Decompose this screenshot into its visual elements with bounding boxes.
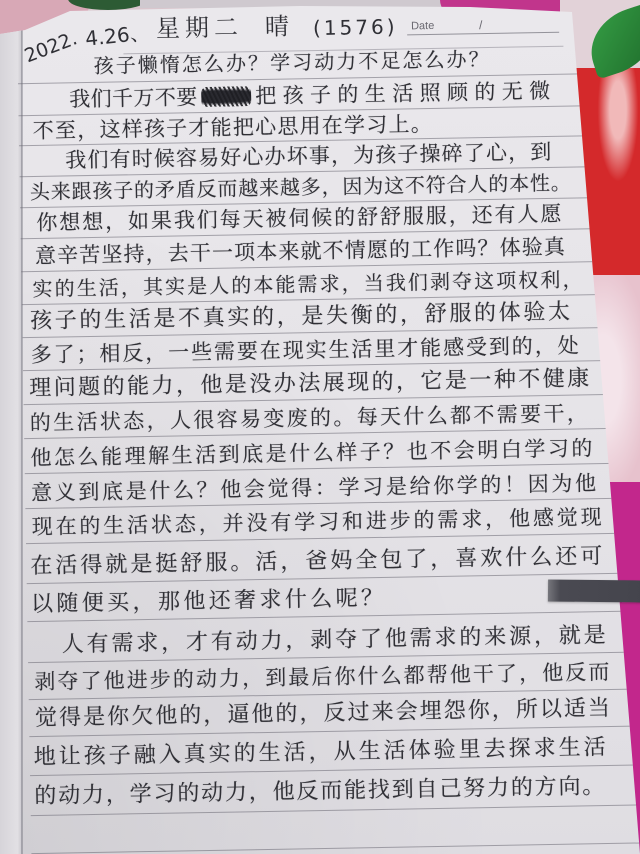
- entry-month-day: 4.26、: [84, 18, 151, 53]
- photo-scene: 2022. 4.26、 星期二 晴 (1576) Date / 孩子懒惰怎么办？…: [0, 0, 640, 854]
- printed-date-label: Date: [411, 12, 435, 40]
- handwritten-line: 意义到底是什么？他会觉得：学习是给你学的！因为他: [31, 469, 596, 507]
- bookmark-ribbon: [548, 579, 640, 602]
- handwritten-line: 理问题的能力，他是没办法展现的，它是一种不健康: [29, 365, 589, 403]
- entry-weather: 晴: [265, 12, 289, 40]
- handwritten-line: 他怎么能理解生活到底是什么样子？也不会明白学习的: [30, 434, 592, 472]
- handwritten-line: 的生活状态，人很容易变废的。每天什么都不需要干，: [30, 399, 588, 437]
- crossed-out-scribble: [201, 86, 251, 107]
- entry-weekday: 星期二: [156, 13, 243, 43]
- line-text-before-crossout: 我们千万不要: [69, 83, 197, 113]
- entry-year: 2022.: [20, 25, 81, 71]
- ruled-line: [31, 842, 640, 854]
- handwritten-text-layer: 2022. 4.26、 星期二 晴 (1576) Date / 孩子懒惰怎么办？…: [0, 0, 640, 854]
- handwritten-line: 多了；相反，一些需要在现实生活里才能感受到的，处: [30, 331, 578, 369]
- notebook-page: 2022. 4.26、 星期二 晴 (1576) Date / 孩子懒惰怎么办？…: [0, 0, 640, 854]
- handwritten-line: 意辛苦坚持，去干一项本来就不情愿的工作吗？体验真: [35, 233, 565, 270]
- entry-title: 孩子懒惰怎么办？学习动力不足怎么办？: [93, 45, 488, 80]
- handwritten-line: 孩子的生活是不真实的，是失衡的，舒服的体验太: [30, 299, 570, 336]
- handwritten-line: 实的生活，其实是人的本能需求，当我们剥夺这项权利，: [32, 265, 582, 303]
- handwritten-line: 的动力，学习的动力，他反而能找到自己努力的方向。: [34, 773, 604, 811]
- line-text-after-crossout: 把孩子的生活照顾的无微: [255, 77, 550, 110]
- handwritten-line: 以随便买，那他还奢求什么呢？: [31, 585, 383, 619]
- printed-date-separator: /: [479, 11, 483, 39]
- entry-number: (1576): [313, 13, 398, 42]
